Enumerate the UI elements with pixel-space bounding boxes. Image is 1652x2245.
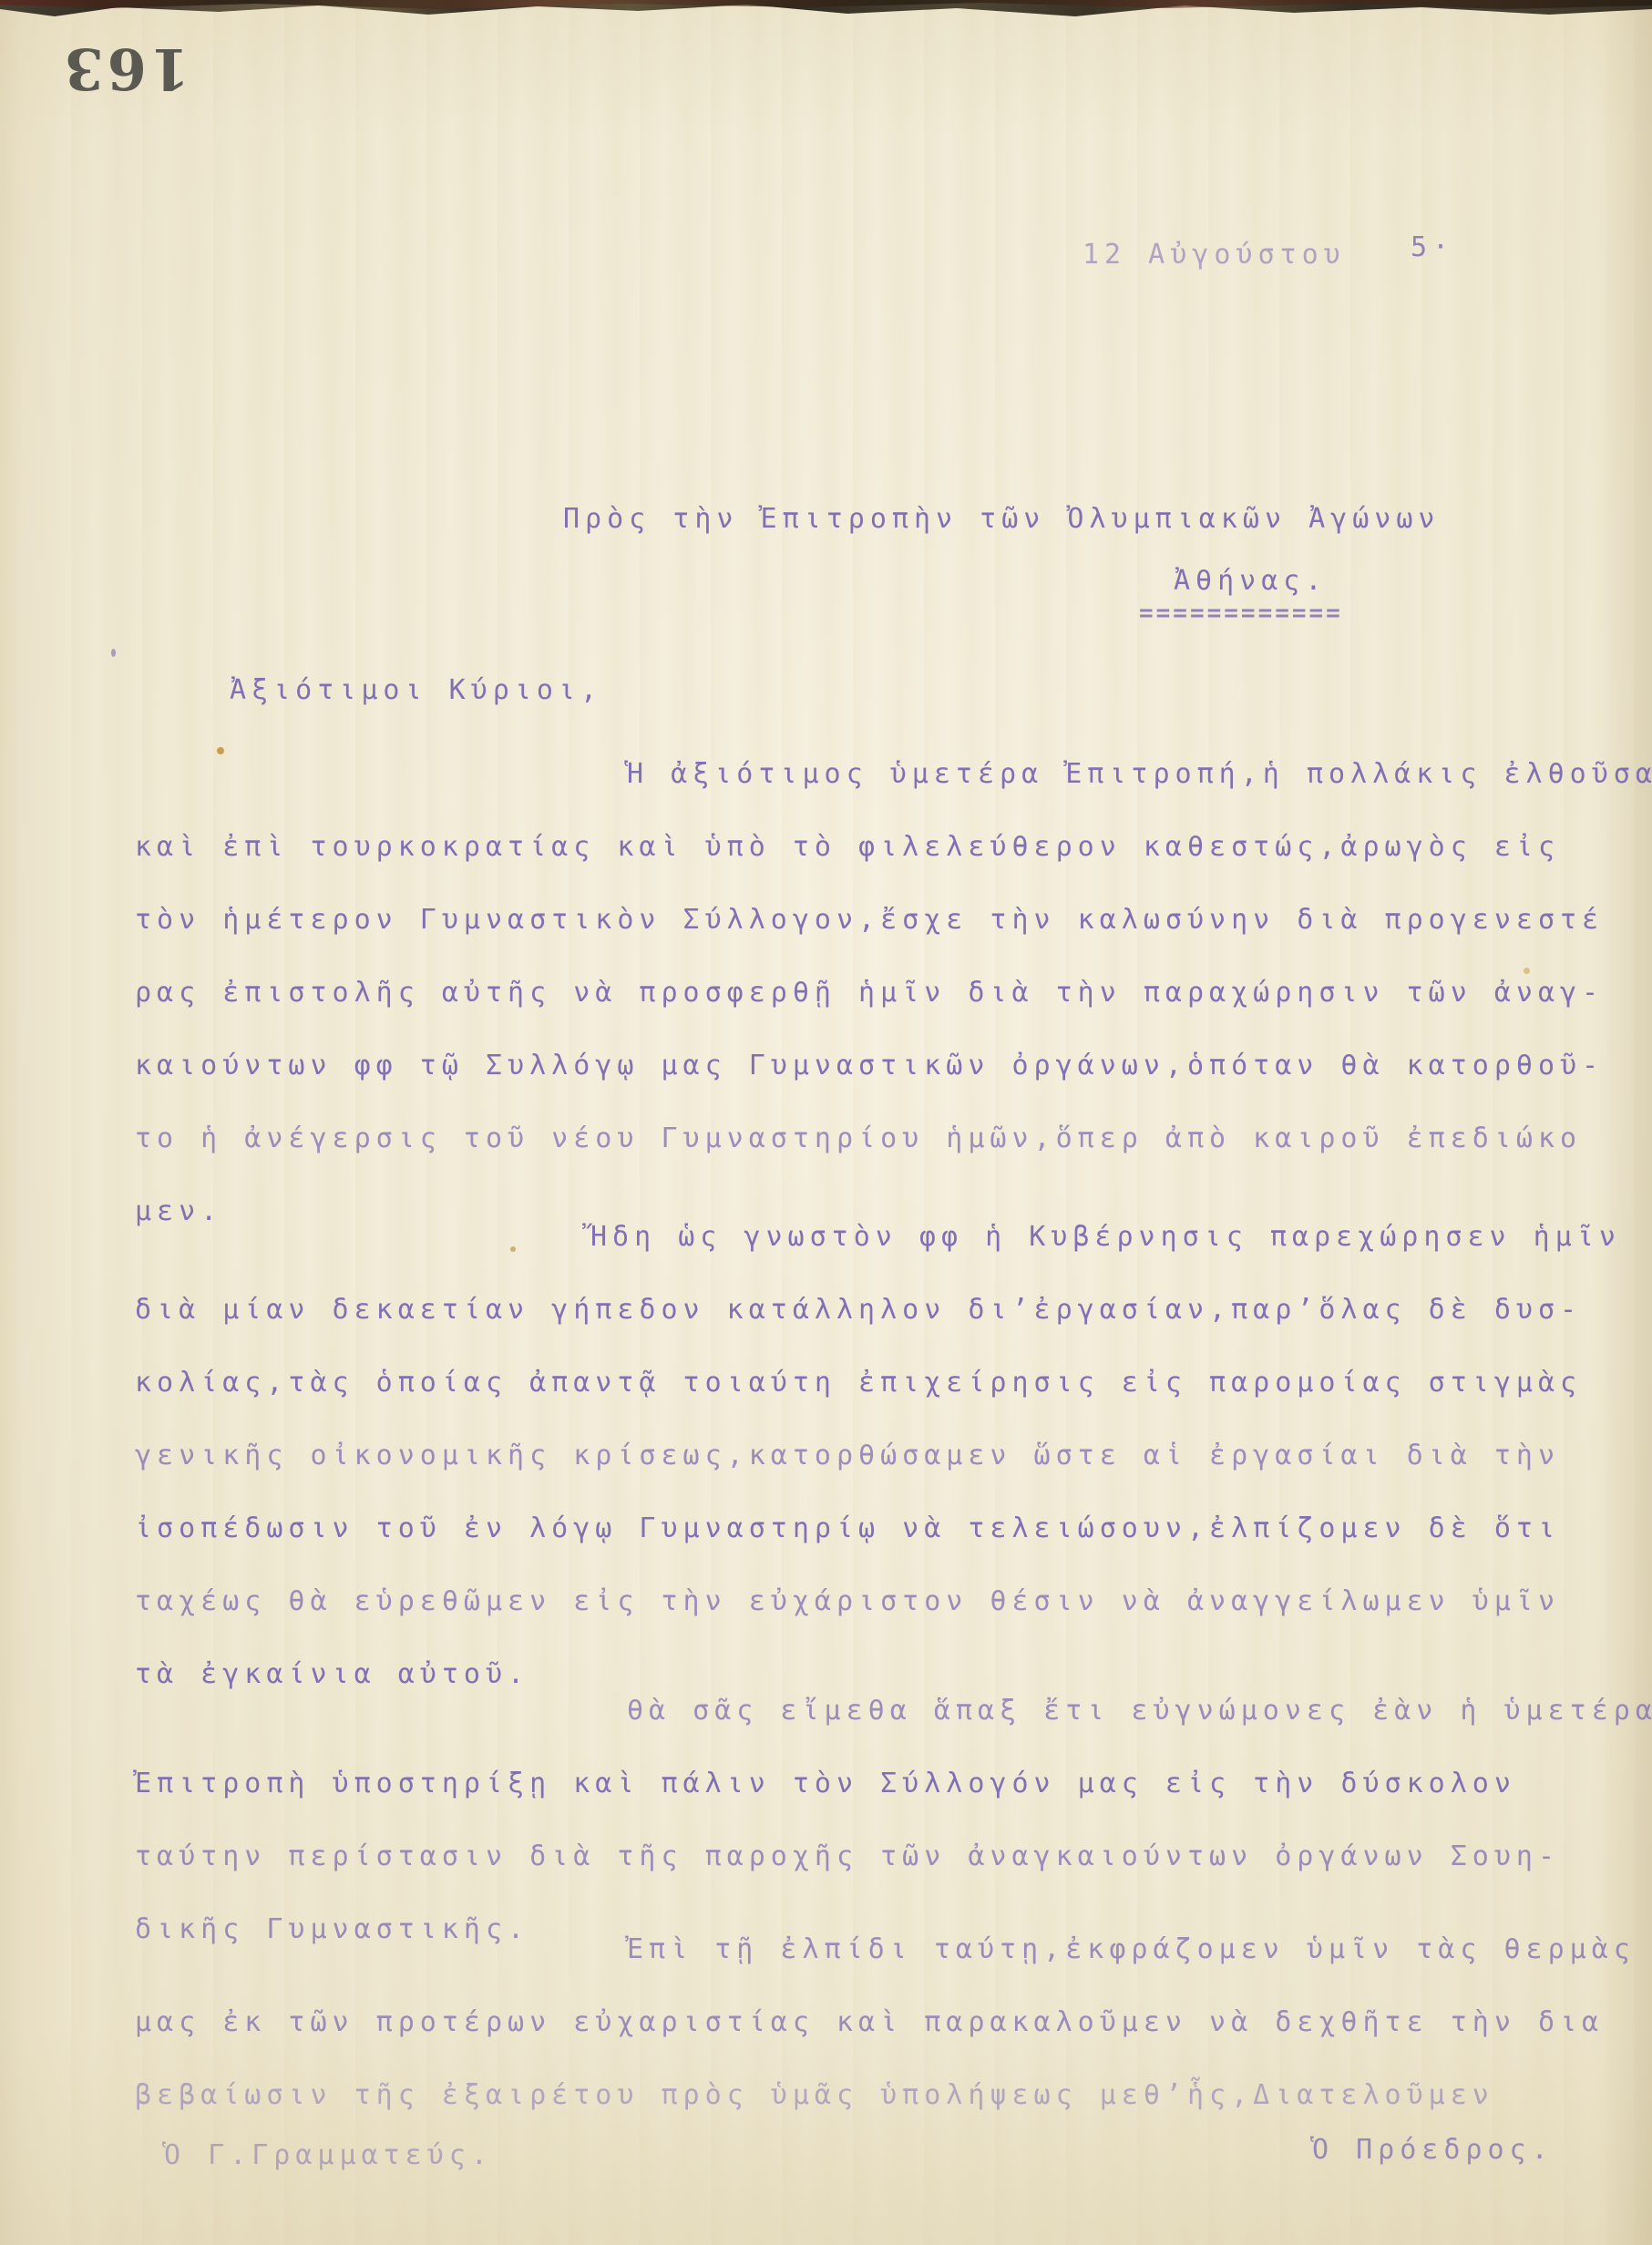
body-line: μας ἐκ τῶν προτέρων εὐχαριστίας καὶ παρα… bbox=[135, 1986, 1652, 2059]
body-line: θὰ σᾶς εἴμεθα ἅπαξ ἔτι εὐγνώμονες ἐὰν ἡ … bbox=[135, 1675, 1652, 1748]
body-line: Ἤδη ὡς γνωστὸν φφ ἡ Κυβέρνησις παρεχώρησ… bbox=[135, 1201, 1652, 1274]
body-line: ρας ἐπιστολῆς αὐτῆς νὰ προσφερθῇ ἡμῖν δι… bbox=[135, 957, 1652, 1030]
body-line: Ἡ ἀξιότιμος ὑμετέρα Ἐπιτροπή,ἡ πολλάκις … bbox=[135, 738, 1652, 811]
archive-number-stamp: 163 bbox=[35, 20, 190, 102]
body-line: Ἐπὶ τῇ ἐλπίδι ταύτῃ,ἐκφράζομεν ὑμῖν τὰς … bbox=[135, 1913, 1652, 1986]
body-line: ταύτην περίστασιν διὰ τῆς παροχῆς τῶν ἀν… bbox=[135, 1820, 1652, 1893]
body-line: κολίας,τὰς ὁποίας ἀπαντᾷ τοιαύτη ἐπιχείρ… bbox=[135, 1347, 1652, 1420]
paper-speck bbox=[217, 747, 224, 754]
body-line: ταχέως θὰ εὑρεθῶμεν εἰς τὴν εὐχάριστον θ… bbox=[135, 1565, 1652, 1638]
body-line: διὰ μίαν δεκαετίαν γήπεδον κατάλληλον δι… bbox=[135, 1274, 1652, 1347]
body-line: καὶ ἐπὶ τουρκοκρατίας καὶ ὑπὸ τὸ φιλελεύ… bbox=[135, 811, 1652, 884]
date-day-month: 12 Αὐγούστου bbox=[1083, 239, 1346, 271]
body-line: βεβαίωσιν τῆς ἐξαιρέτου πρὸς ὑμᾶς ὑπολήψ… bbox=[135, 2059, 1652, 2132]
body-line: Ἐπιτροπὴ ὑποστηρίξῃ καὶ πάλιν τὸν Σύλλογ… bbox=[135, 1748, 1652, 1820]
secretary-signature-label: Ὁ Γ.Γραμματεύς. bbox=[164, 2139, 493, 2171]
recipient-underline: ============ bbox=[1139, 600, 1343, 627]
body-line: γενικῆς οἰκονομικῆς κρίσεως,κατορθώσαμεν… bbox=[135, 1420, 1652, 1492]
date-year-digit: 5· bbox=[1411, 231, 1454, 263]
paper-speck bbox=[1524, 968, 1530, 974]
signature-row: Ὁ Γ.Γραμματεύς. Ὁ Πρόεδρος. bbox=[0, 2139, 1652, 2203]
aged-paper-background: 163 12 Αὐγούστου 5· Πρὸς τὴν Ἐπιτροπὴν τ… bbox=[0, 0, 1652, 2245]
president-signature-label: Ὁ Πρόεδρος. bbox=[1312, 2134, 1554, 2166]
paragraph-1: Ἡ ἀξιότιμος ὑμετέρα Ἐπιτροπή,ἡ πολλάκις … bbox=[135, 738, 1652, 1248]
salutation: Ἀξιότιμοι Κύριοι, bbox=[230, 674, 602, 706]
date-line: 12 Αὐγούστου 5· bbox=[0, 239, 1652, 293]
body-line: καιούντων φφ τῷ Συλλόγῳ μας Γυμναστικῶν … bbox=[135, 1030, 1652, 1102]
paper-speck bbox=[510, 1246, 516, 1252]
recipient-city: Ἀθήνας. bbox=[1174, 565, 1327, 597]
recipient-line: Πρὸς τὴν Ἐπιτροπὴν τῶν Ὀλυμπιακῶν Ἀγώνων bbox=[563, 503, 1440, 535]
paragraph-4: Ἐπὶ τῇ ἐλπίδι ταύτῃ,ἐκφράζομεν ὑμῖν τὰς … bbox=[135, 1913, 1652, 2132]
ink-speck bbox=[111, 649, 116, 657]
scanned-letter-page: { "document": { "archive_number": "163",… bbox=[0, 0, 1652, 2245]
body-line: το ἡ ἀνέγερσις τοῦ νέου Γυμναστηρίου ἡμῶ… bbox=[135, 1102, 1652, 1175]
paragraph-2: Ἤδη ὡς γνωστὸν φφ ἡ Κυβέρνησις παρεχώρησ… bbox=[135, 1201, 1652, 1711]
body-line: τὸν ἡμέτερον Γυμναστικὸν Σύλλογον,ἔσχε τ… bbox=[135, 884, 1652, 957]
body-line: ἰσοπέδωσιν τοῦ ἐν λόγῳ Γυμναστηρίῳ νὰ τε… bbox=[135, 1492, 1652, 1565]
